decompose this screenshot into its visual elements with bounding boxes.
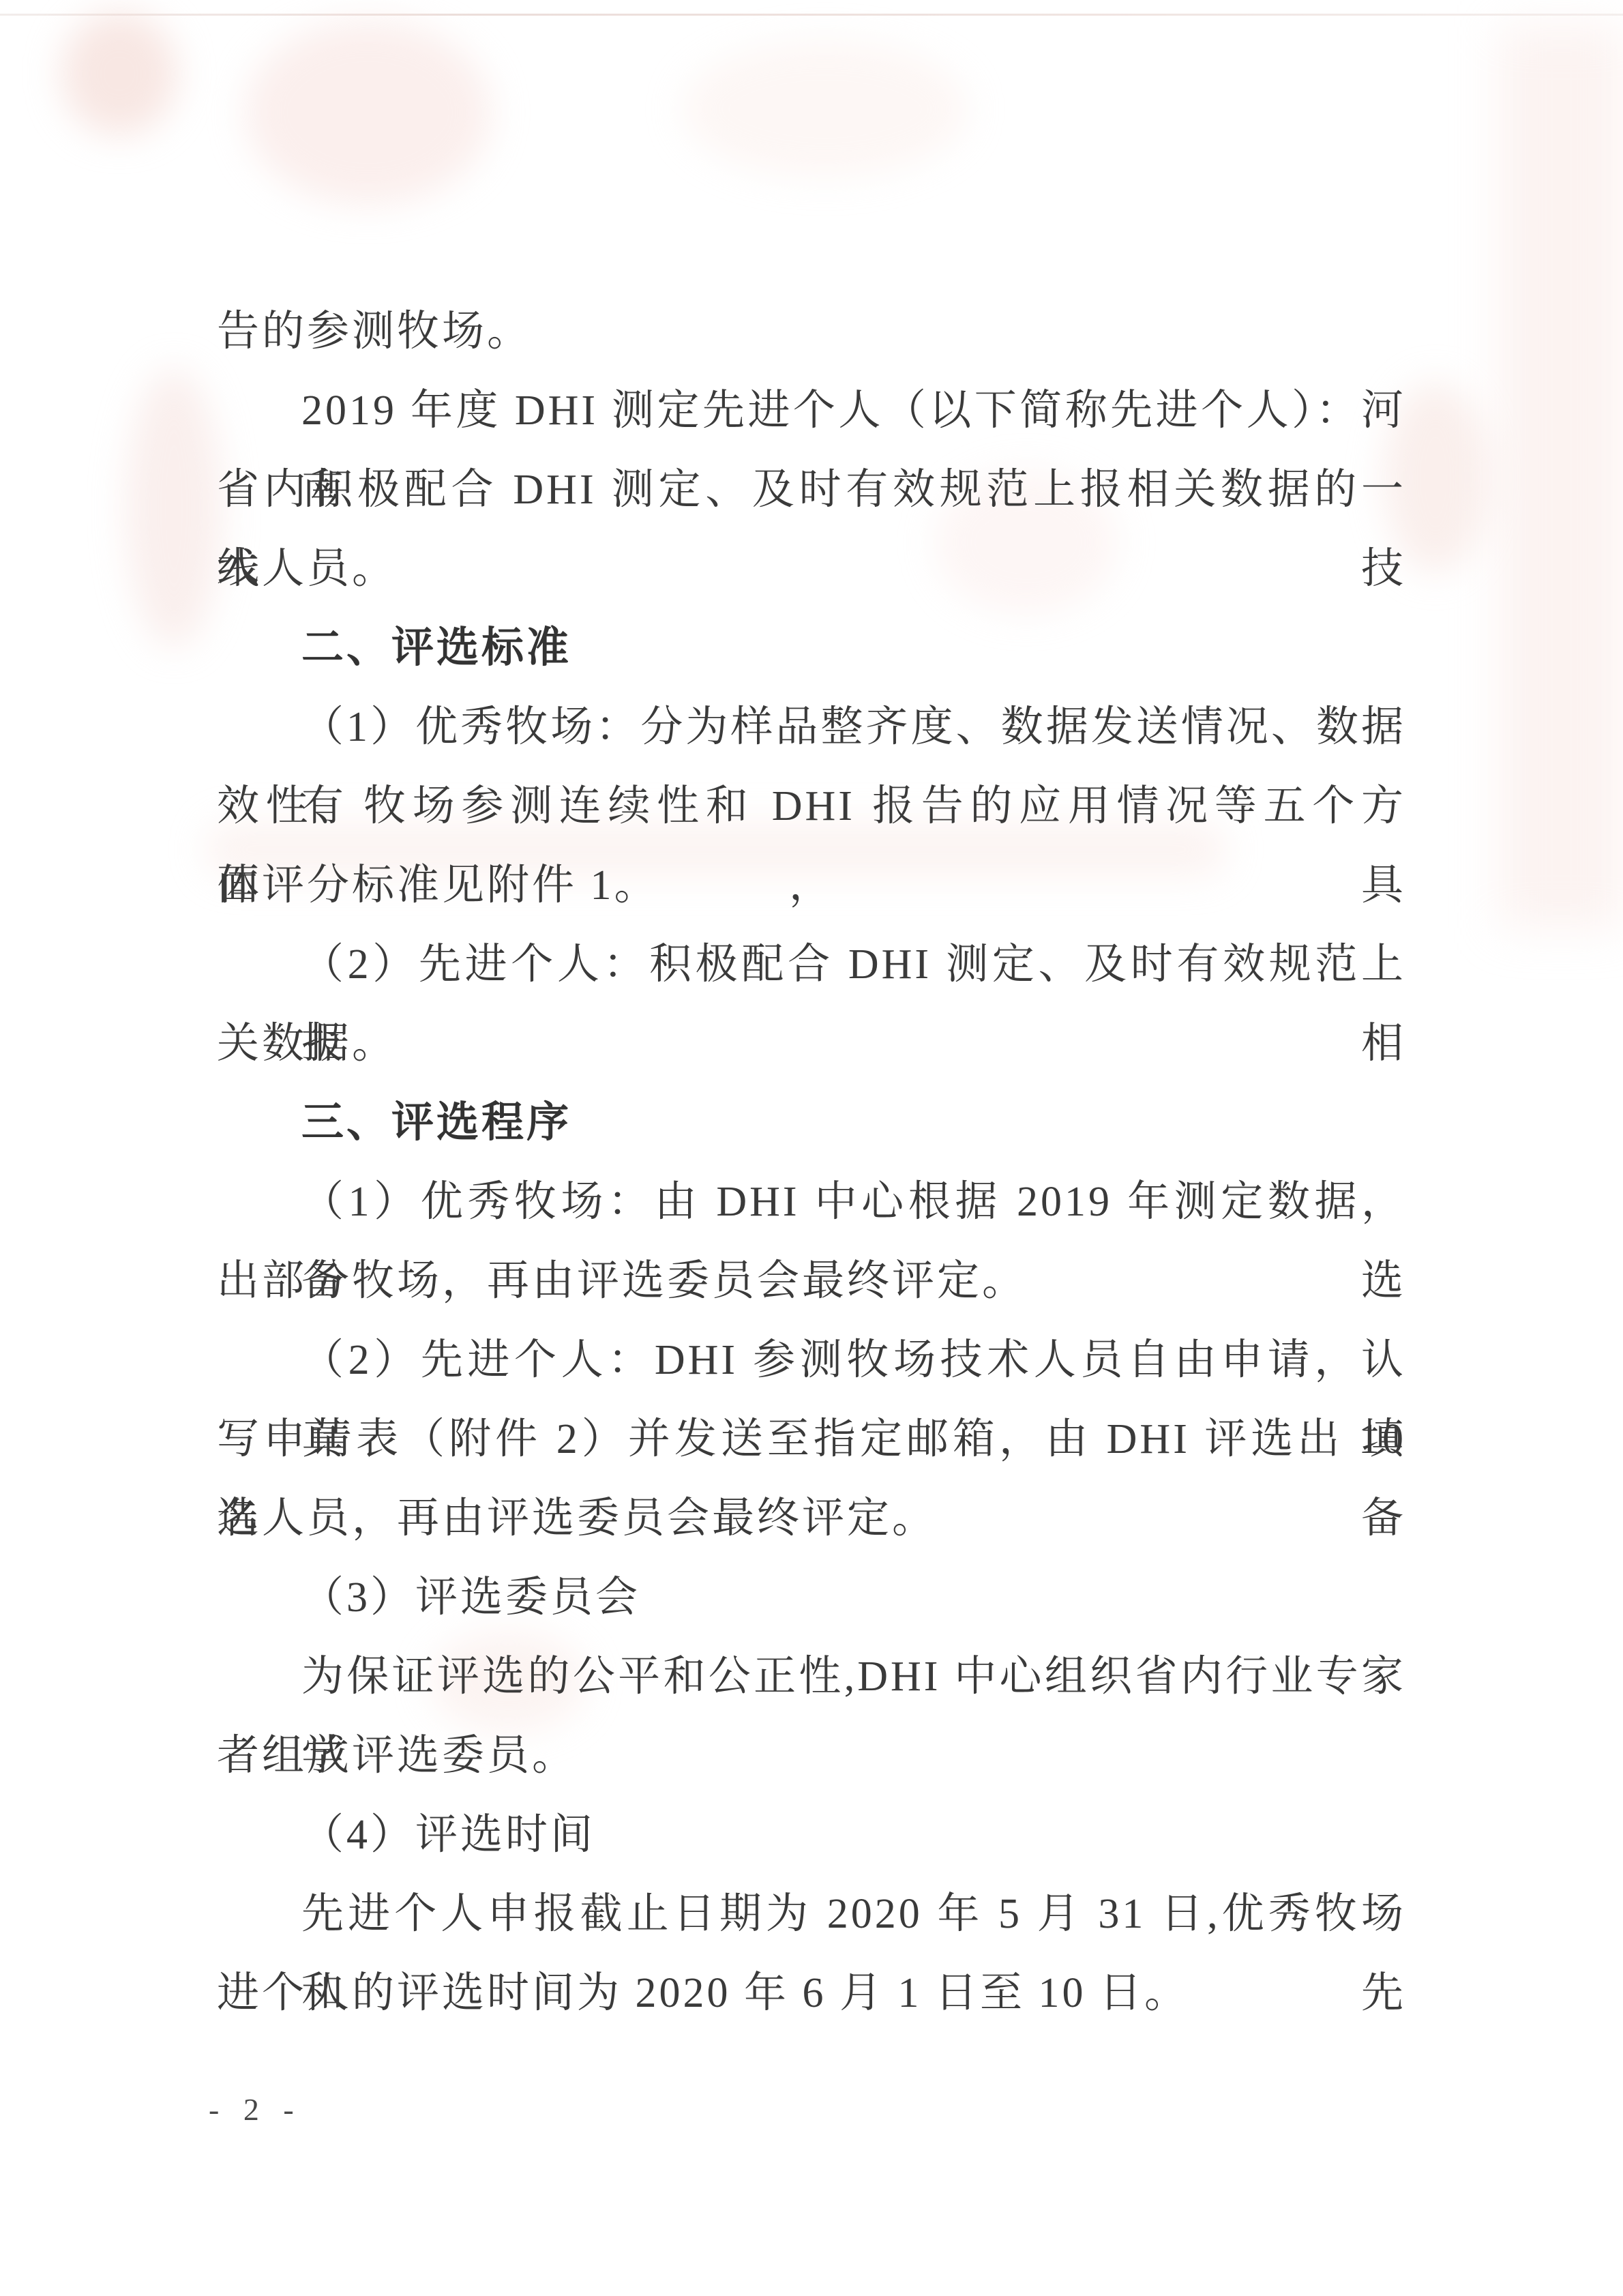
document-page: 告的参测牧场。 2019 年度 DHI 测定先进个人（以下简称先进个人）：河南 …	[0, 0, 1623, 2296]
paragraph-line: 告的参测牧场。	[217, 292, 1406, 371]
paragraph-line: 效性、牧场参测连续性和 DHI 报告的应用情况等五个方面，具	[217, 767, 1406, 846]
paragraph-line: 者组成评选委员。	[217, 1716, 1406, 1795]
paragraph-line: （2）先进个人：积极配合 DHI 测定、及时有效规范上报相	[217, 925, 1406, 1004]
subsection-line: （4）评选时间	[217, 1795, 1406, 1874]
paragraph-line: 2019 年度 DHI 测定先进个人（以下简称先进个人）：河南	[217, 371, 1406, 450]
page-number: - 2 -	[209, 2091, 302, 2128]
paragraph-line: （1）优秀牧场：分为样品整齐度、数据发送情况、数据有	[217, 688, 1406, 767]
bleed-through-smudge	[682, 41, 968, 177]
bleed-through-smudge	[245, 20, 491, 205]
bleed-through-smudge	[1500, 27, 1623, 928]
section-heading-2: 二、评选标准	[217, 608, 1406, 688]
bleed-through-smudge	[126, 368, 222, 648]
scan-edge-line	[0, 14, 1623, 16]
paragraph-line: （2）先进个人：DHI 参测牧场技术人员自由申请，认真填	[217, 1321, 1406, 1400]
paragraph-line: 为保证评选的公平和公正性,DHI 中心组织省内行业专家学	[217, 1637, 1406, 1716]
section-heading-3: 三、评选程序	[217, 1083, 1406, 1162]
paragraph-line: 写申请表（附件 2）并发送至指定邮箱，由 DHI 评选出 10 名备	[217, 1400, 1406, 1479]
subsection-line: （3）评选委员会	[217, 1558, 1406, 1637]
paragraph-line: 省内积极配合 DHI 测定、及时有效规范上报相关数据的一线技	[217, 450, 1406, 529]
paragraph-line: 先进个人申报截止日期为 2020 年 5 月 31 日,优秀牧场和先	[217, 1874, 1406, 1954]
document-body: 告的参测牧场。 2019 年度 DHI 测定先进个人（以下简称先进个人）：河南 …	[217, 292, 1406, 2033]
bleed-through-smudge	[61, 12, 177, 135]
paragraph-line: （1）优秀牧场：由 DHI 中心根据 2019 年测定数据，备选	[217, 1162, 1406, 1241]
